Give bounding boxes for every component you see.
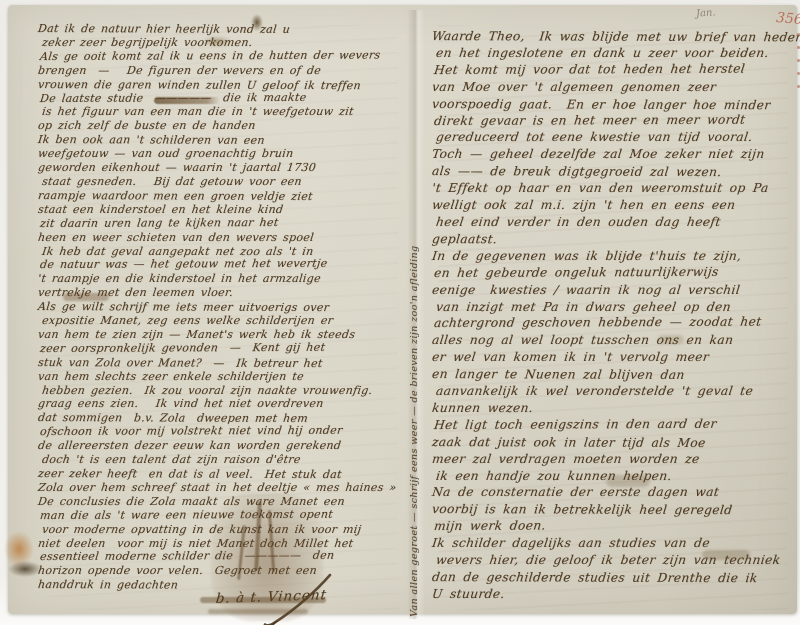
handwriting-line: geplaatst. [431,231,800,249]
handwriting-line: doch 't is een talent dat zijn raison d'… [41,453,417,467]
handwriting-line: dan de geschilderde studies uit Drenthe … [431,569,800,587]
pencil-date-note: Jan. [696,7,716,19]
handwriting-line: eenige kwesties / waarin ik nog al versc… [431,282,800,299]
handwriting-line: mijn werk doen. [433,517,800,536]
handwriting-line: Ik schilder dagelijks aan studies van de [431,535,800,552]
handwriting-line: De laatste studie ————— die ik maakte [39,90,415,106]
letter-scan: Dat ik de natuur hier heerlijk vond zal … [0,0,800,625]
handwriting-line: expositie Manet, zeg eens welke schilder… [41,314,417,328]
page-number: 356 [775,10,800,28]
handwriting-line: Het komt mij voor dat tot heden het hers… [433,60,800,79]
handwriting-line: zit daarin uren lang te kijken naar het [39,215,415,231]
handwriting-line: horizon opende voor velen. Gegroet met e… [37,564,413,578]
handwriting-line: U stuurde. [431,586,800,603]
handwriting-line: alles nog al wel loopt tusschen ons en k… [431,332,800,349]
handwriting-line: hebben gezien. Ik zou vooral zijn naakte… [41,384,417,398]
handwriting-line: en langer te Nuenen zal blijven dan [431,366,800,384]
handwriting-line: is het figuur van een man die in 't weef… [41,105,417,119]
handwriting-line: zeer oorspronkelijk gevonden — Kent gij … [39,340,415,356]
handwriting-line: Het ligt toch eenigszins in den aard der [433,415,800,434]
letter-paper: Dat ik de natuur hier heerlijk vond zal … [8,5,797,614]
handwriting-line: brengen — De figuren der wevers en of de [37,64,413,78]
rust-stain [4,531,34,567]
handwriting-line: voor moderne opvatting in de kunst kan i… [41,523,417,537]
handwriting-line: geworden eikenhout — waarin 't jaartal 1… [37,161,413,175]
handwriting-line: als —— de breuk digtgegroeid zal wezen. [431,163,800,181]
handwriting-line: Na de consternatie der eerste dagen wat [431,484,800,501]
handwriting-line: Waarde Theo, Ik was blijde met uw brief … [431,28,800,46]
handwriting-line: 't Effekt op haar en van den weeromstuit… [431,180,800,197]
handwriting-line: zaak dat juist ook in later tijd als Moe [431,434,800,452]
handwriting-line: staat een kinderstoel en het kleine kind [37,203,413,217]
handwriting-line: In de gegevenen was ik blijde t'huis te … [431,248,800,265]
margin-note: Van allen gegroet — schrijf eens weer — … [409,17,420,617]
handwriting-line: Zola over hem schreef staat in het deelt… [37,481,413,495]
handwriting-line: en het ingeslotene en dank u zeer voor b… [435,45,800,62]
handwriting-line: direkt gevaar is en het meer en meer wor… [433,111,800,130]
handwriting-line: stuk van Zola over Manet? — Ik betreur h… [37,356,412,371]
handwriting-line: staat gesneden. Bij dat getouw voor een [41,175,417,189]
handwriting-line: achtergrond geschoven hebbende — zoodat … [433,314,800,333]
handwriting-line: en het gebeurde ongeluk natuurlijkerwijs [433,263,800,282]
handwriting-line: welligt ook zal m.i. zijn 't hen en eens… [431,197,800,214]
handwriting-line: heen en weer schieten van den wevers spo… [37,231,413,245]
handwriting-line: vertrekje met den leemen vloer. [37,286,413,300]
handwriting-line: Toch — geheel dezelfde zal Moe zeker nie… [431,146,800,163]
handwriting-line: man die als 't ware een nieuwe toekomst … [39,507,415,523]
handwriting-line: op zich zelf de buste en de handen [37,119,413,133]
handwriting-line: heel eind verder in den ouden dag heeft [435,214,800,231]
handwriting-line: Als ge ooit komt zal ik u eens in de hut… [39,48,415,64]
handwriting-line: er wel van komen ik in 't vervolg meer [431,349,800,366]
handwriting-line: raampje waardoor men een groen veldje zi… [37,189,412,204]
handwriting-line: wevers hier, die geloof ik beter zijn va… [435,552,800,569]
red-dot-marks [796,33,800,113]
right-page-text: Waarde Theo, Ik was blijde met uw brief … [432,28,800,603]
handwriting-line: de allereersten dezer eeuw kan worden ge… [37,439,413,453]
handwriting-line: graag eens zien. Ik vind het niet overdr… [37,397,413,411]
handwriting-line: Dat ik de natuur hier heerlijk vond zal … [37,22,412,37]
handwriting-line: essentieel moderne schilder die ————— de… [39,549,415,565]
handwriting-line: zeer zeker heeft en dat is al veel. Het … [37,467,412,482]
handwriting-line: van Moe over 't algemeen genomen zeer [431,79,800,96]
handwriting-line: 't raampje en die kinderstoel in het arm… [37,272,413,286]
handwriting-line: kunnen wezen. [431,400,800,417]
handwriting-line: aanvankelijk ik wel veronderstelde 't ge… [435,383,800,400]
handwriting-line: meer zal verdragen moeten worden ze [431,451,800,468]
handwriting-line: gereduceerd tot eene kwestie van tijd vo… [435,129,800,146]
handwriting-line: van hem slechts zeer enkele schilderijen… [37,370,413,384]
signature-paraph [260,571,336,625]
handwriting-line: ik een handje zou kunnen helpen. [435,468,800,485]
handwriting-line: ofschoon ik voor mij volstrekt niet vind… [39,424,415,440]
handwriting-line: weefgetouw — van oud groenachtig bruin [37,147,413,161]
handwriting-line: de natuur was — het getouw met het wever… [39,257,415,273]
left-page-text: Dat ik de natuur hier heerlijk vond zal … [38,22,412,592]
